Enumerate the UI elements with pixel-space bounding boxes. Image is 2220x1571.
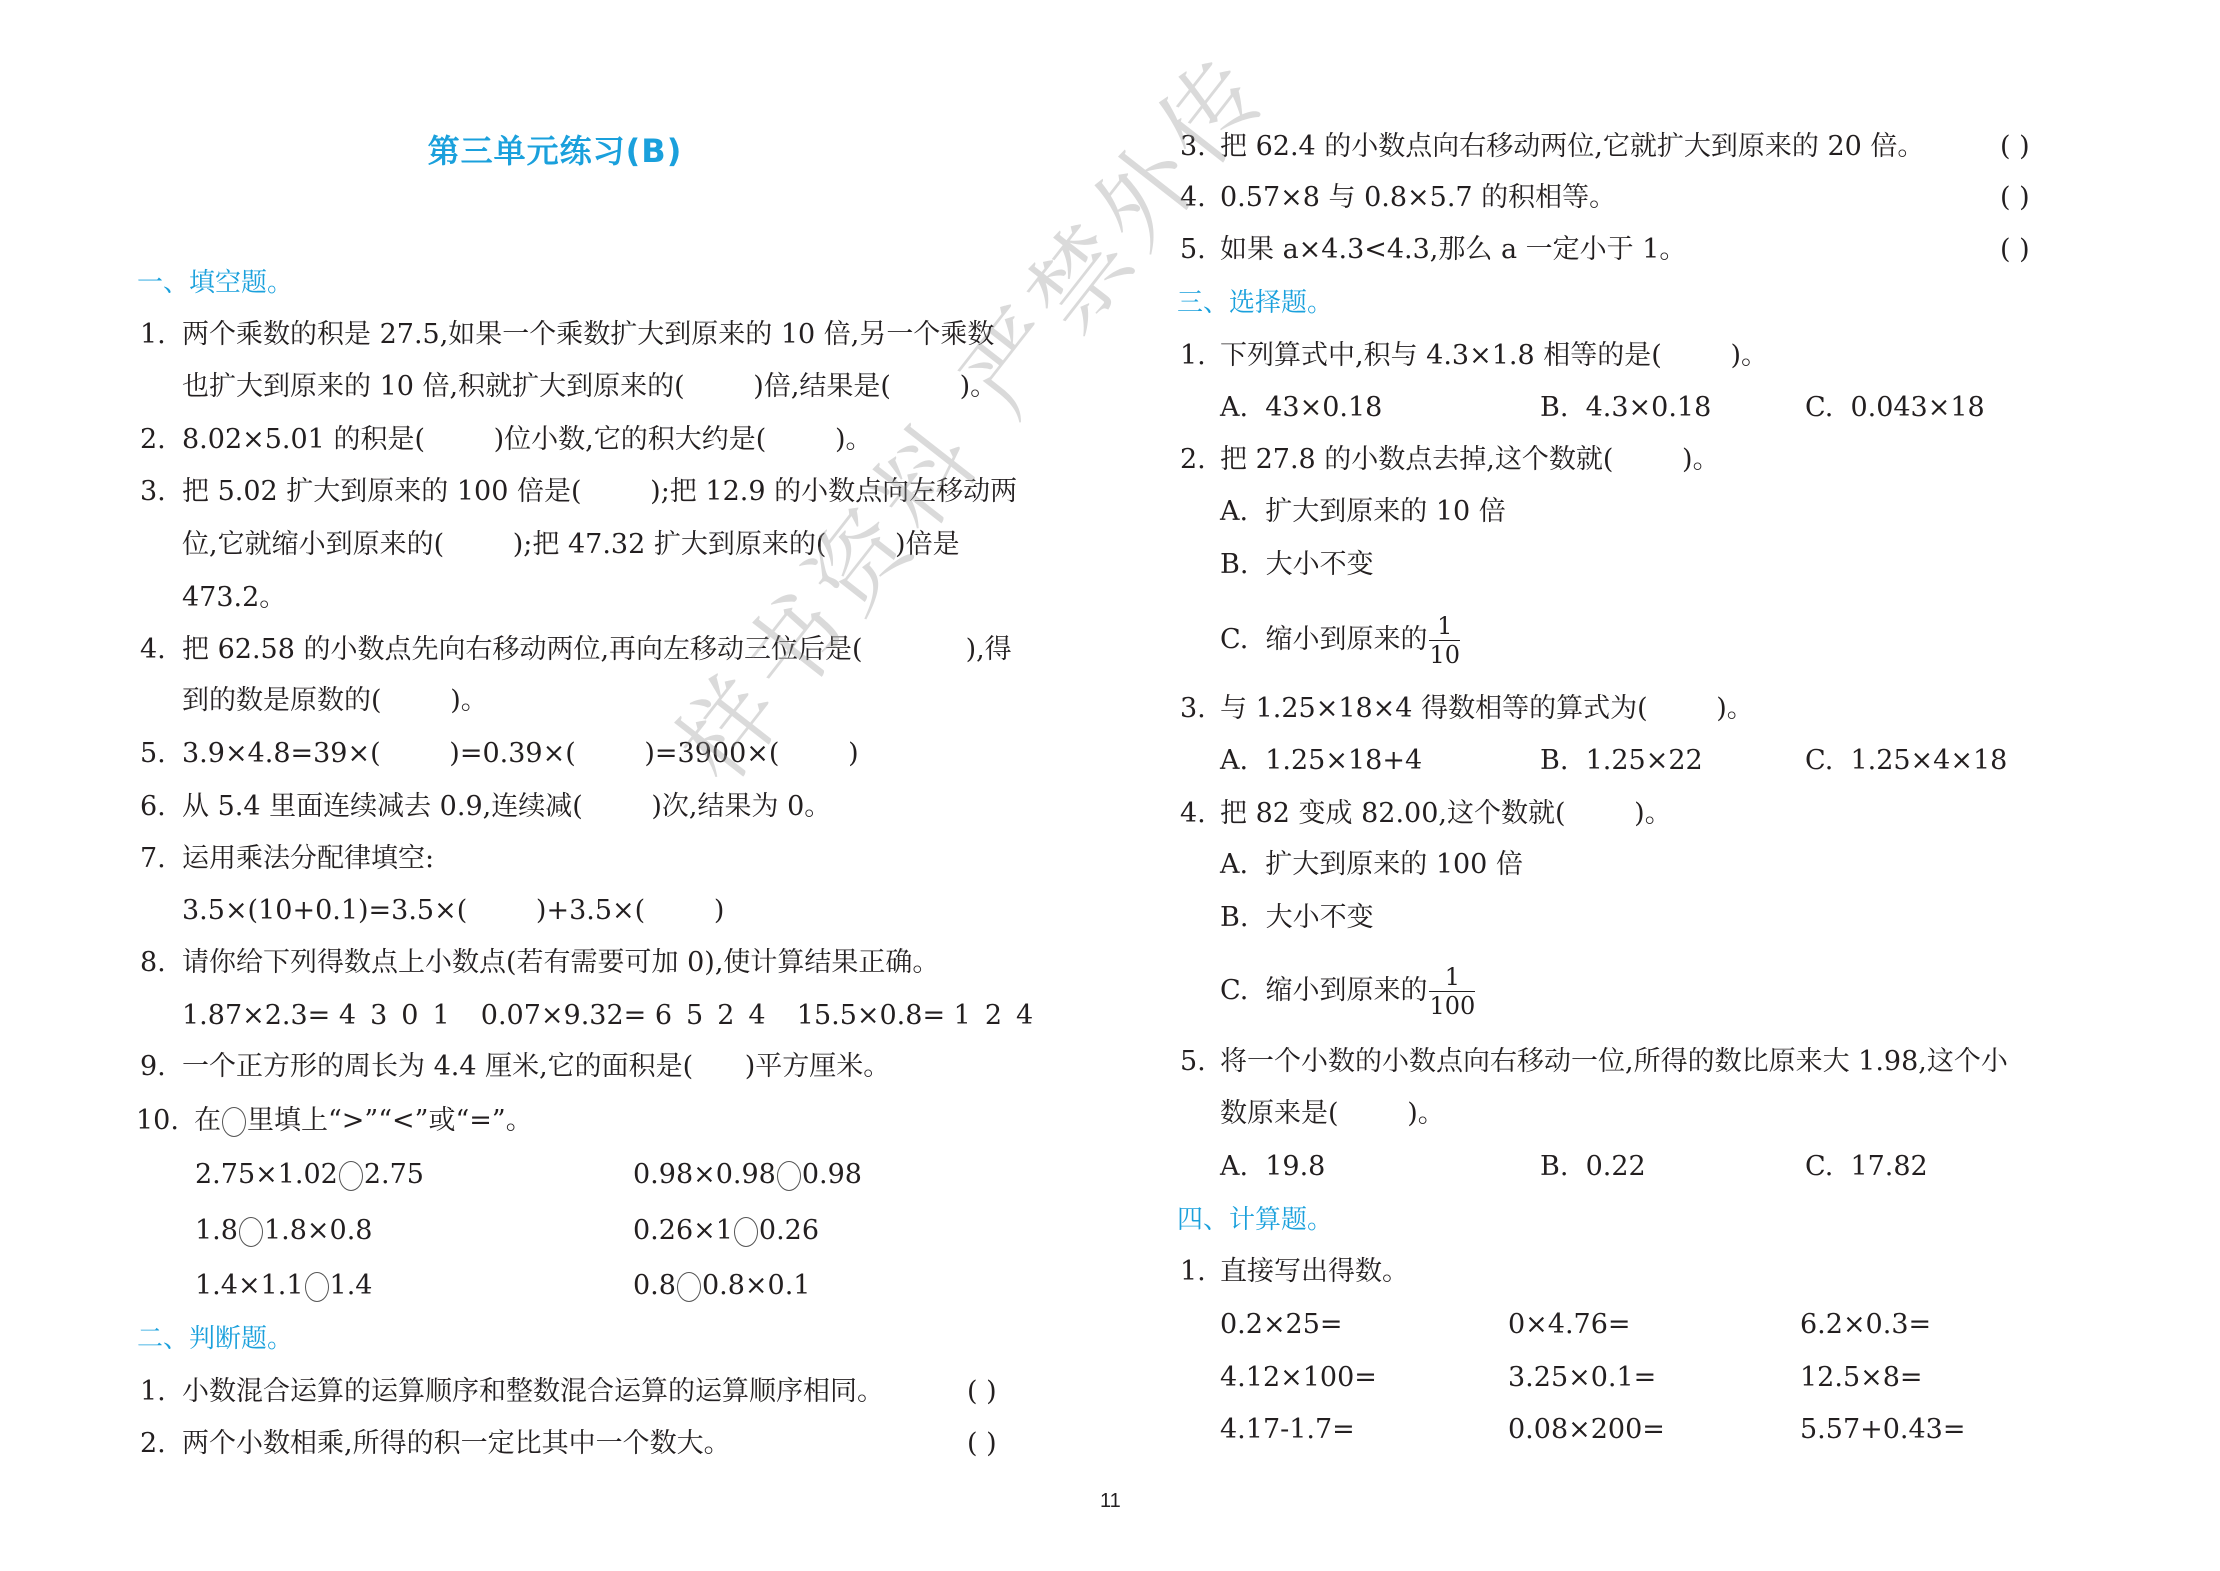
option-a[interactable]: A. 扩大到原来的 10 倍 — [1220, 494, 1506, 530]
item-number: 3. — [140, 474, 166, 510]
fraction: 110 — [1429, 612, 1460, 669]
question-text: 运用乘法分配律填空: — [182, 841, 434, 877]
compare-circle-input[interactable] — [677, 1272, 701, 1302]
item-number: 4. — [140, 632, 166, 668]
section-heading-fill-in: 一、填空题。 — [137, 265, 293, 301]
compare-circle-input[interactable] — [777, 1161, 801, 1191]
statement-text: 两个小数相乘,所得的积一定比其中一个数大。 — [182, 1426, 731, 1462]
option-b[interactable]: B. 0.22 — [1540, 1149, 1646, 1185]
statement-text: 小数混合运算的运算顺序和整数混合运算的运算顺序相同。 — [182, 1374, 884, 1410]
option-c[interactable]: C. 17.82 — [1805, 1149, 1928, 1185]
question-text: 与 1.25×18×4 得数相等的算式为( )。 — [1220, 691, 1754, 727]
item-number: 9. — [140, 1049, 166, 1085]
section-heading-true-false: 二、判断题。 — [137, 1321, 293, 1357]
item-number: 2. — [140, 1426, 166, 1462]
option-a[interactable]: A. 19.8 — [1220, 1149, 1325, 1185]
answer-paren[interactable]: ( ) — [2000, 129, 2030, 165]
question-text: 两个乘数的积是 27.5,如果一个乘数扩大到原来的 10 倍,另一个乘数 — [182, 317, 994, 353]
expr: 0.07×9.32= — [481, 1000, 646, 1031]
question-text: 把 5.02 扩大到原来的 100 倍是( );把 12.9 的小数点向左移动两 — [182, 474, 1017, 510]
calc-expr: 12.5×8= — [1800, 1360, 1923, 1396]
question-text: 8.02×5.01 的积是( )位小数,它的积大约是( )。 — [182, 422, 872, 458]
statement-text: 把 62.4 的小数点向右移动两位,它就扩大到原来的 20 倍。 — [1220, 129, 1924, 165]
option-b[interactable]: B. 1.25×22 — [1540, 743, 1703, 779]
question-text: 将一个小数的小数点向右移动一位,所得的数比原来大 1.98,这个小 — [1220, 1044, 2008, 1080]
question-text: 请你给下列得数点上小数点(若有需要可加 0),使计算结果正确。 — [182, 945, 939, 981]
answer-paren[interactable]: ( ) — [967, 1374, 997, 1410]
page-number: 11 — [1100, 1490, 1121, 1513]
calc-expr: 3.25×0.1= — [1508, 1360, 1656, 1396]
question-text: 也扩大到原来的 10 倍,积就扩大到原来的( )倍,结果是( )。 — [182, 369, 997, 405]
question-text: 从 5.4 里面连续减去 0.9,连续减( )次,结果为 0。 — [182, 789, 831, 825]
option-b[interactable]: B. 大小不变 — [1220, 900, 1374, 936]
item-number: 5. — [1180, 232, 1206, 268]
calc-expr: 4.17-1.7= — [1220, 1412, 1355, 1448]
item-number: 2. — [140, 422, 166, 458]
comparison: 2.75×1.022.75 — [195, 1157, 424, 1193]
comparison: 1.81.8×0.8 — [195, 1213, 372, 1249]
option-a[interactable]: A. 扩大到原来的 100 倍 — [1220, 847, 1523, 883]
page-title: 第三单元练习(B) — [0, 126, 1110, 172]
digits: 4301 — [339, 1000, 464, 1031]
item-number: 10. — [136, 1103, 179, 1139]
fraction: 1100 — [1429, 963, 1475, 1020]
statement-text: 如果 a×4.3<4.3,那么 a 一定小于 1。 — [1220, 232, 1686, 268]
question-text: 在里填上“>”“<”或“=”。 — [194, 1103, 533, 1139]
answer-paren[interactable]: ( ) — [2000, 232, 2030, 268]
section-heading-calculation: 四、计算题。 — [1177, 1202, 1333, 1238]
item-number: 5. — [1180, 1044, 1206, 1080]
calc-expr: 4.12×100= — [1220, 1360, 1377, 1396]
compare-circle-input[interactable] — [734, 1217, 758, 1247]
compare-circle-icon — [222, 1107, 246, 1137]
calc-expr: 6.2×0.3= — [1800, 1307, 1931, 1343]
calc-expr: 0×4.76= — [1508, 1307, 1631, 1343]
compare-circle-input[interactable] — [239, 1217, 263, 1247]
option-a[interactable]: A. 43×0.18 — [1220, 390, 1382, 426]
digits: 124 — [954, 1000, 1048, 1031]
question-text: 直接写出得数。 — [1220, 1254, 1409, 1290]
item-number: 1. — [140, 1374, 166, 1410]
item-number: 3. — [1180, 691, 1206, 727]
question-text: 下列算式中,积与 4.3×1.8 相等的是( )。 — [1220, 338, 1768, 374]
question-text: 3.5×(10+0.1)=3.5×( )+3.5×( ) — [182, 893, 724, 929]
calc-expr: 0.2×25= — [1220, 1307, 1343, 1343]
digits: 6524 — [655, 1000, 780, 1031]
answer-paren[interactable]: ( ) — [967, 1426, 997, 1462]
option-c[interactable]: C. 1.25×4×18 — [1805, 743, 2007, 779]
item-number: 5. — [140, 736, 166, 772]
option-a[interactable]: A. 1.25×18+4 — [1220, 743, 1422, 779]
item-number: 7. — [140, 841, 166, 877]
question-text: 到的数是原数的( )。 — [182, 683, 488, 719]
item-number: 1. — [1180, 338, 1206, 374]
compare-circle-input[interactable] — [339, 1161, 363, 1191]
item-number: 1. — [140, 317, 166, 353]
question-text: 把 82 变成 82.00,这个数就( )。 — [1220, 796, 1672, 832]
item-number: 3. — [1180, 129, 1206, 165]
calc-expr: 0.08×200= — [1508, 1412, 1665, 1448]
comparison: 1.4×1.11.4 — [195, 1268, 372, 1304]
compare-circle-input[interactable] — [305, 1272, 329, 1302]
item-number: 6. — [140, 789, 166, 825]
expr: 15.5×0.8= — [797, 1000, 945, 1031]
option-b[interactable]: B. 4.3×0.18 — [1540, 390, 1711, 426]
item-number: 4. — [1180, 180, 1206, 216]
expr: 1.87×2.3= — [182, 1000, 330, 1031]
decimal-point-exprs: 1.87×2.3= 4301 0.07×9.32= 6524 15.5×0.8=… — [182, 998, 1047, 1034]
option-c[interactable]: C. 缩小到原来的1100 — [1220, 963, 1475, 1020]
question-text: 3.9×4.8=39×( )=0.39×( )=3900×( ) — [182, 736, 859, 772]
comparison: 0.80.8×0.1 — [633, 1268, 810, 1304]
answer-paren[interactable]: ( ) — [2000, 180, 2030, 216]
item-number: 2. — [1180, 442, 1206, 478]
option-b[interactable]: B. 大小不变 — [1220, 547, 1374, 583]
calc-expr: 5.57+0.43= — [1800, 1412, 1965, 1448]
question-text: 位,它就缩小到原来的( );把 47.32 扩大到原来的( )倍是 — [182, 527, 960, 563]
item-number: 4. — [1180, 796, 1206, 832]
statement-text: 0.57×8 与 0.8×5.7 的积相等。 — [1220, 180, 1616, 216]
question-text: 数原来是( )。 — [1220, 1096, 1445, 1132]
option-c[interactable]: C. 0.043×18 — [1805, 390, 1985, 426]
comparison: 0.26×10.26 — [633, 1213, 819, 1249]
question-text: 把 62.58 的小数点先向右移动两位,再向左移动三位后是( ),得 — [182, 632, 1012, 668]
option-c[interactable]: C. 缩小到原来的110 — [1220, 612, 1460, 669]
item-number: 8. — [140, 945, 166, 981]
question-text: 把 27.8 的小数点去掉,这个数就( )。 — [1220, 442, 1720, 478]
question-text: 一个正方形的周长为 4.4 厘米,它的面积是( )平方厘米。 — [182, 1049, 890, 1085]
section-heading-multiple-choice: 三、选择题。 — [1177, 285, 1333, 321]
comparison: 0.98×0.980.98 — [633, 1157, 862, 1193]
item-number: 1. — [1180, 1254, 1206, 1290]
question-text: 473.2。 — [182, 580, 286, 616]
